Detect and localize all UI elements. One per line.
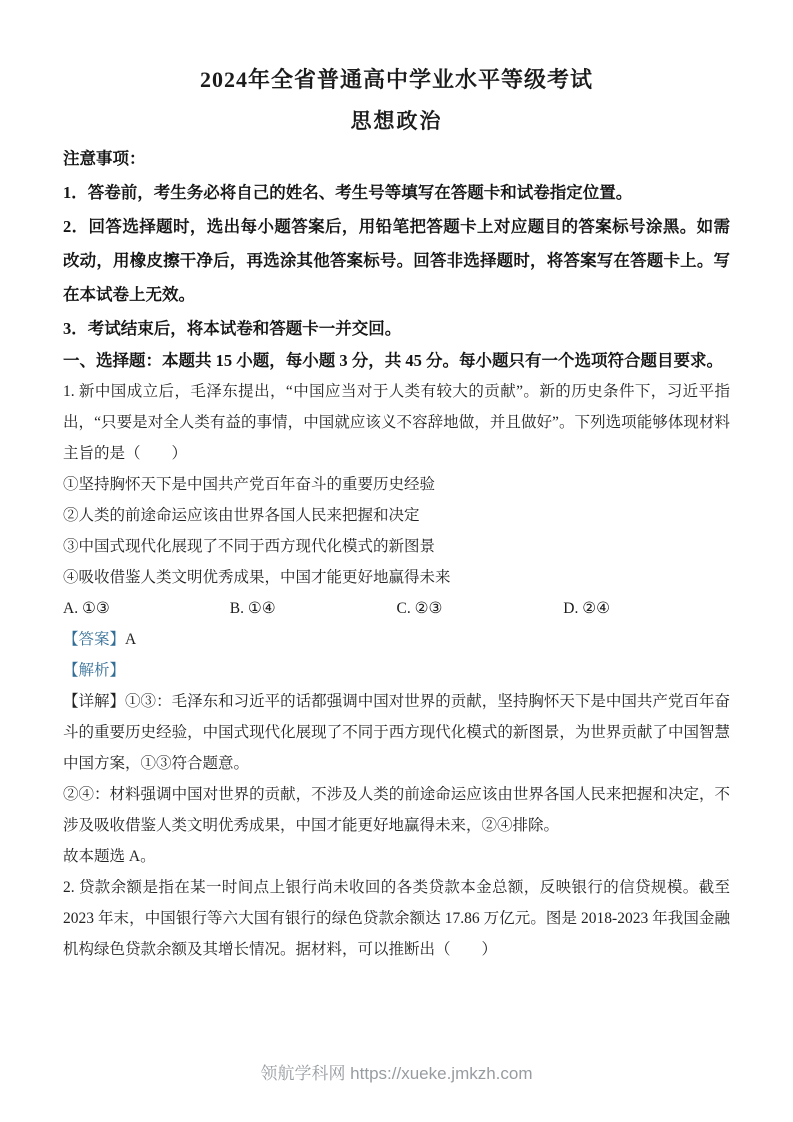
question-1-statement-4: ④吸收借鉴人类文明优秀成果，中国才能更好地赢得未来 [63, 562, 730, 593]
exam-document-page: 2024年全省普通高中学业水平等级考试 思想政治 注意事项： 1．答卷前，考生务… [0, 0, 793, 1122]
footer-watermark: 领航学科网 https://xueke.jmkzh.com [0, 1062, 793, 1086]
choice-a: A. ①③ [63, 593, 230, 624]
question-1-block: 1. 新中国成立后，毛泽东提出，“中国应当对于人类有较大的贡献”。新的历史条件下… [63, 376, 730, 872]
choice-c: C. ②③ [397, 593, 564, 624]
section-heading-choice-questions: 一、选择题：本题共 15 小题，每小题 3 分，共 45 分。每小题只有一个选项… [63, 346, 730, 376]
answer-label: 【答案】 [63, 631, 125, 648]
notice-item-2: 2．回答选择题时，选出每小题答案后，用铅笔把答题卡上对应题目的答案标号涂黑。如需… [63, 210, 730, 312]
analysis-line: 【解析】 [63, 655, 730, 686]
detail-label: 【详解】 [63, 693, 125, 710]
detail-paragraph-2: ②④：材料强调中国对世界的贡献，不涉及人类的前途命运应该由世界各国人民来把握和决… [63, 779, 730, 841]
conclusion-line: 故本题选 A。 [63, 841, 730, 872]
choice-d: D. ②④ [563, 593, 730, 624]
page-subtitle: 思想政治 [63, 106, 730, 136]
notice-heading: 注意事项： [63, 142, 730, 176]
analysis-label: 【解析】 [63, 662, 125, 679]
question-1-statement-3: ③中国式现代化展现了不同于西方现代化模式的新图景 [63, 531, 730, 562]
page-title: 2024年全省普通高中学业水平等级考试 [63, 64, 730, 96]
notice-item-3: 3．考试结束后，将本试卷和答题卡一并交回。 [63, 312, 730, 346]
answer-line: 【答案】A [63, 624, 730, 655]
question-1-stem: 1. 新中国成立后，毛泽东提出，“中国应当对于人类有较大的贡献”。新的历史条件下… [63, 376, 730, 469]
detail-text-1: ①③：毛泽东和习近平的话都强调中国对世界的贡献，坚持胸怀天下是中国共产党百年奋斗… [63, 693, 730, 772]
notice-item-1: 1．答卷前，考生务必将自己的姓名、考生号等填写在答题卡和试卷指定位置。 [63, 176, 730, 210]
question-1-statement-2: ②人类的前途命运应该由世界各国人民来把握和决定 [63, 500, 730, 531]
answer-value: A [125, 631, 136, 648]
notice-section: 注意事项： 1．答卷前，考生务必将自己的姓名、考生号等填写在答题卡和试卷指定位置… [63, 142, 730, 346]
question-2-block: 2. 贷款余额是指在某一时间点上银行尚未收回的各类贷款本金总额，反映银行的信贷规… [63, 872, 730, 965]
detail-paragraph-1: 【详解】①③：毛泽东和习近平的话都强调中国对世界的贡献，坚持胸怀天下是中国共产党… [63, 686, 730, 779]
question-1-statement-1: ①坚持胸怀天下是中国共产党百年奋斗的重要历史经验 [63, 469, 730, 500]
choice-b: B. ①④ [230, 593, 397, 624]
question-2-stem: 2. 贷款余额是指在某一时间点上银行尚未收回的各类贷款本金总额，反映银行的信贷规… [63, 872, 730, 965]
question-1-choices-row: A. ①③ B. ①④ C. ②③ D. ②④ [63, 593, 730, 624]
